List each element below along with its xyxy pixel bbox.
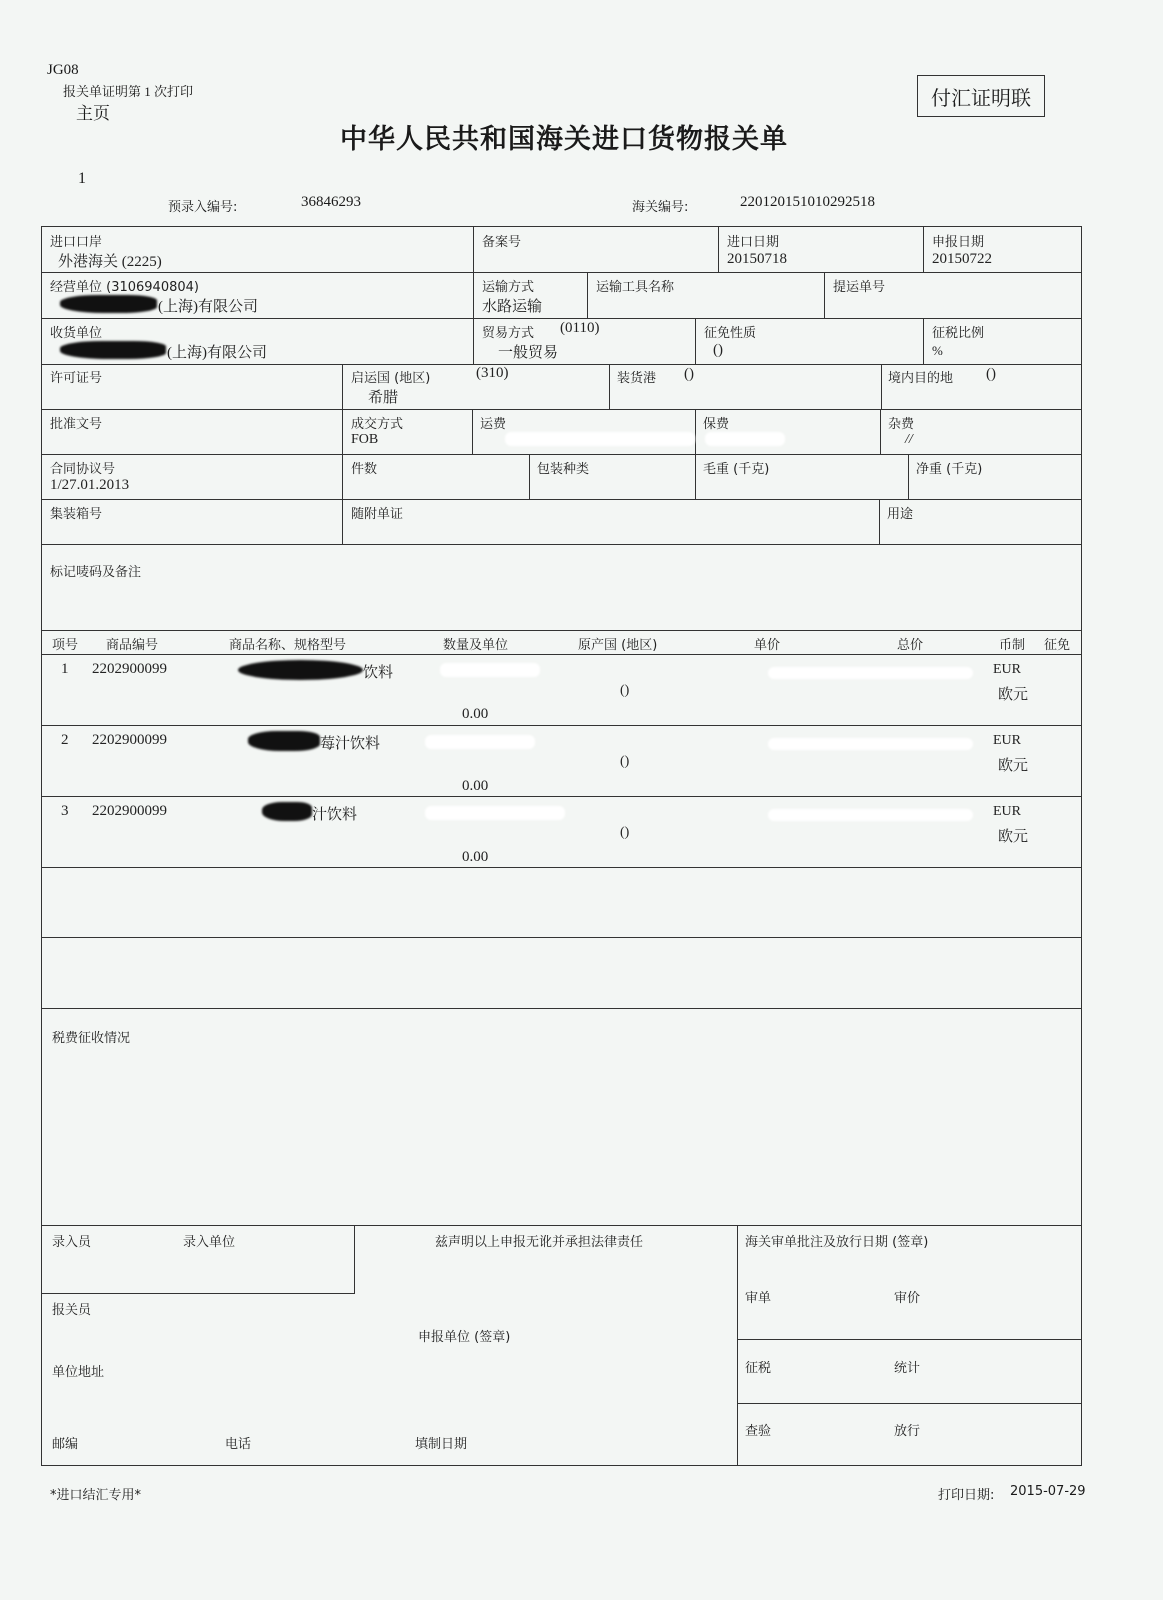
levy-label: 征税 [745,1357,771,1376]
review-label: 审单 [745,1287,771,1306]
row-quantity: 0.00 [462,706,488,723]
origin-country-code: (310) [476,365,509,382]
contract-no-label: 合同协议号 [50,458,115,477]
unit-address-label: 单位地址 [52,1361,104,1380]
freight-label: 运费 [480,413,506,432]
trade-mode-value: 一般贸易 [498,341,558,362]
operator-value: (上海)有限公司 [158,295,258,316]
redaction-mark [262,802,312,821]
col-currency: 币制 [999,634,1025,653]
origin-country-label: 启运国 (地区) [351,367,430,386]
operator-label: 经营单位 (3106940804) [50,276,199,295]
valuation-label: 审价 [894,1287,920,1306]
col-product-name: 商品名称、规格型号 [229,634,346,653]
entry-unit-label: 录入单位 [183,1231,235,1250]
declaration-statement: 兹声明以上申报无讹并承担法律责任 [435,1231,643,1250]
row-product-code: 2202900099 [92,803,167,820]
row-product-code: 2202900099 [92,661,167,678]
tax-section-label: 税费征收情况 [52,1027,130,1046]
pre-entry-number: 36846293 [301,194,361,211]
customs-broker-label: 报关员 [52,1299,91,1318]
transport-mode-label: 运输方式 [482,276,534,295]
redaction-mark [238,660,363,680]
col-unit-price: 单价 [754,634,780,653]
container-no-label: 集装箱号 [50,503,102,522]
row-origin: () [620,825,629,841]
postcode-label: 邮编 [52,1433,78,1452]
redaction-mark [248,731,320,751]
insurance-label: 保费 [703,413,729,432]
col-total-price: 总价 [897,634,923,653]
statistics-label: 统计 [894,1357,920,1376]
row-quantity: 0.00 [462,849,488,866]
price-whiteout [768,738,973,750]
misc-fee-label: 杂费 [888,413,914,432]
vehicle-name-label: 运输工具名称 [596,276,674,295]
form-code: JG08 [47,62,79,79]
trade-mode-code: (0110) [560,320,599,337]
declare-date-value: 20150722 [932,251,992,268]
copy-type-box: 付汇证明联 [917,75,1045,117]
col-item-no: 项号 [52,634,78,653]
approval-no-label: 批准文号 [50,413,102,432]
import-date-label: 进口日期 [727,231,779,250]
bill-of-lading-label: 提运单号 [833,276,885,295]
pre-entry-label: 预录入编号: [168,196,237,215]
misc-fee-value: // [905,432,913,448]
quantity-whiteout [425,735,535,749]
license-no-label: 许可证号 [50,367,102,386]
row-currency-name: 欧元 [998,754,1028,775]
col-levy: 征免 [1044,634,1070,653]
deal-mode-label: 成交方式 [351,413,403,432]
customs-approval-label: 海关审单批注及放行日期 (签章) [745,1231,928,1250]
packages-label: 件数 [351,458,377,477]
release-label: 放行 [894,1420,920,1439]
trade-mode-label: 贸易方式 [482,322,534,341]
page-number: 1 [78,170,86,188]
row-currency-code: EUR [993,662,1021,678]
row-origin: () [620,683,629,699]
special-use-note: *进口结汇专用* [50,1484,141,1503]
fill-date-label: 填制日期 [415,1433,467,1452]
package-type-label: 包装种类 [537,458,589,477]
print-date-label: 打印日期: [938,1484,994,1503]
quantity-whiteout [425,806,565,820]
redaction-mark [60,295,157,313]
domestic-destination-value: () [986,366,996,383]
row-product-code: 2202900099 [92,732,167,749]
row-quantity: 0.00 [462,778,488,795]
gross-weight-label: 毛重 (千克) [703,458,769,477]
origin-country-value: 希腊 [368,386,398,407]
net-weight-label: 净重 (千克) [916,458,982,477]
consignee-value: (上海)有限公司 [167,341,267,362]
freight-whiteout [505,432,695,446]
print-count-note: 报关单证明第 1 次打印 [63,81,193,100]
row-currency-name: 欧元 [998,683,1028,704]
transport-mode-value: 水路运输 [482,295,542,316]
price-whiteout [768,667,973,679]
page-label: 主页 [76,99,110,124]
deal-mode-value: FOB [351,432,378,448]
declarant-seal-label: 申报单位 (签章) [418,1326,510,1345]
import-date-value: 20150718 [727,251,787,268]
phone-label: 电话 [225,1433,251,1452]
page-title: 中华人民共和国海关进口货物报关单 [340,117,788,156]
loading-port-value: () [684,366,694,383]
row-product-name: 莓汁饮料 [320,732,380,753]
attached-docs-label: 随附单证 [351,503,403,522]
import-port-value: 外港海关 (2225) [58,250,162,271]
domestic-destination-label: 境内目的地 [888,367,953,386]
row-currency-code: EUR [993,804,1021,820]
marks-remarks-label: 标记唛码及备注 [50,561,141,580]
row-origin: () [620,754,629,770]
levy-nature-label: 征免性质 [704,322,756,341]
levy-ratio-value: % [932,343,943,359]
row-item-no: 3 [61,803,69,820]
levy-nature-value: () [713,342,723,359]
row-item-no: 1 [61,661,69,678]
row-item-no: 2 [61,732,69,749]
usage-label: 用途 [887,503,913,522]
loading-port-label: 装货港 [617,367,656,386]
insurance-whiteout [705,432,785,446]
customs-no-label: 海关编号: [632,196,688,215]
contract-no-value: 1/27.01.2013 [50,477,129,494]
col-origin: 原产国 (地区) [578,634,657,653]
import-port-label: 进口口岸 [50,231,102,250]
record-no-label: 备案号 [482,231,521,250]
quantity-whiteout [440,663,540,677]
row-currency-code: EUR [993,733,1021,749]
levy-ratio-label: 征税比例 [932,322,984,341]
consignee-label: 收货单位 [50,322,102,341]
inspection-label: 查验 [745,1420,771,1439]
col-product-code: 商品编号 [106,634,158,653]
redaction-mark [60,341,166,359]
row-product-name: 饮料 [363,661,393,682]
row-product-name: 汁饮料 [312,803,357,824]
col-quantity: 数量及单位 [443,634,508,653]
declare-date-label: 申报日期 [932,231,984,250]
print-date: 2015-07-29 [1010,1484,1086,1499]
entry-clerk-label: 录入员 [52,1231,91,1250]
row-currency-name: 欧元 [998,825,1028,846]
price-whiteout [768,809,973,821]
customs-number: 220120151010292518 [740,194,875,211]
